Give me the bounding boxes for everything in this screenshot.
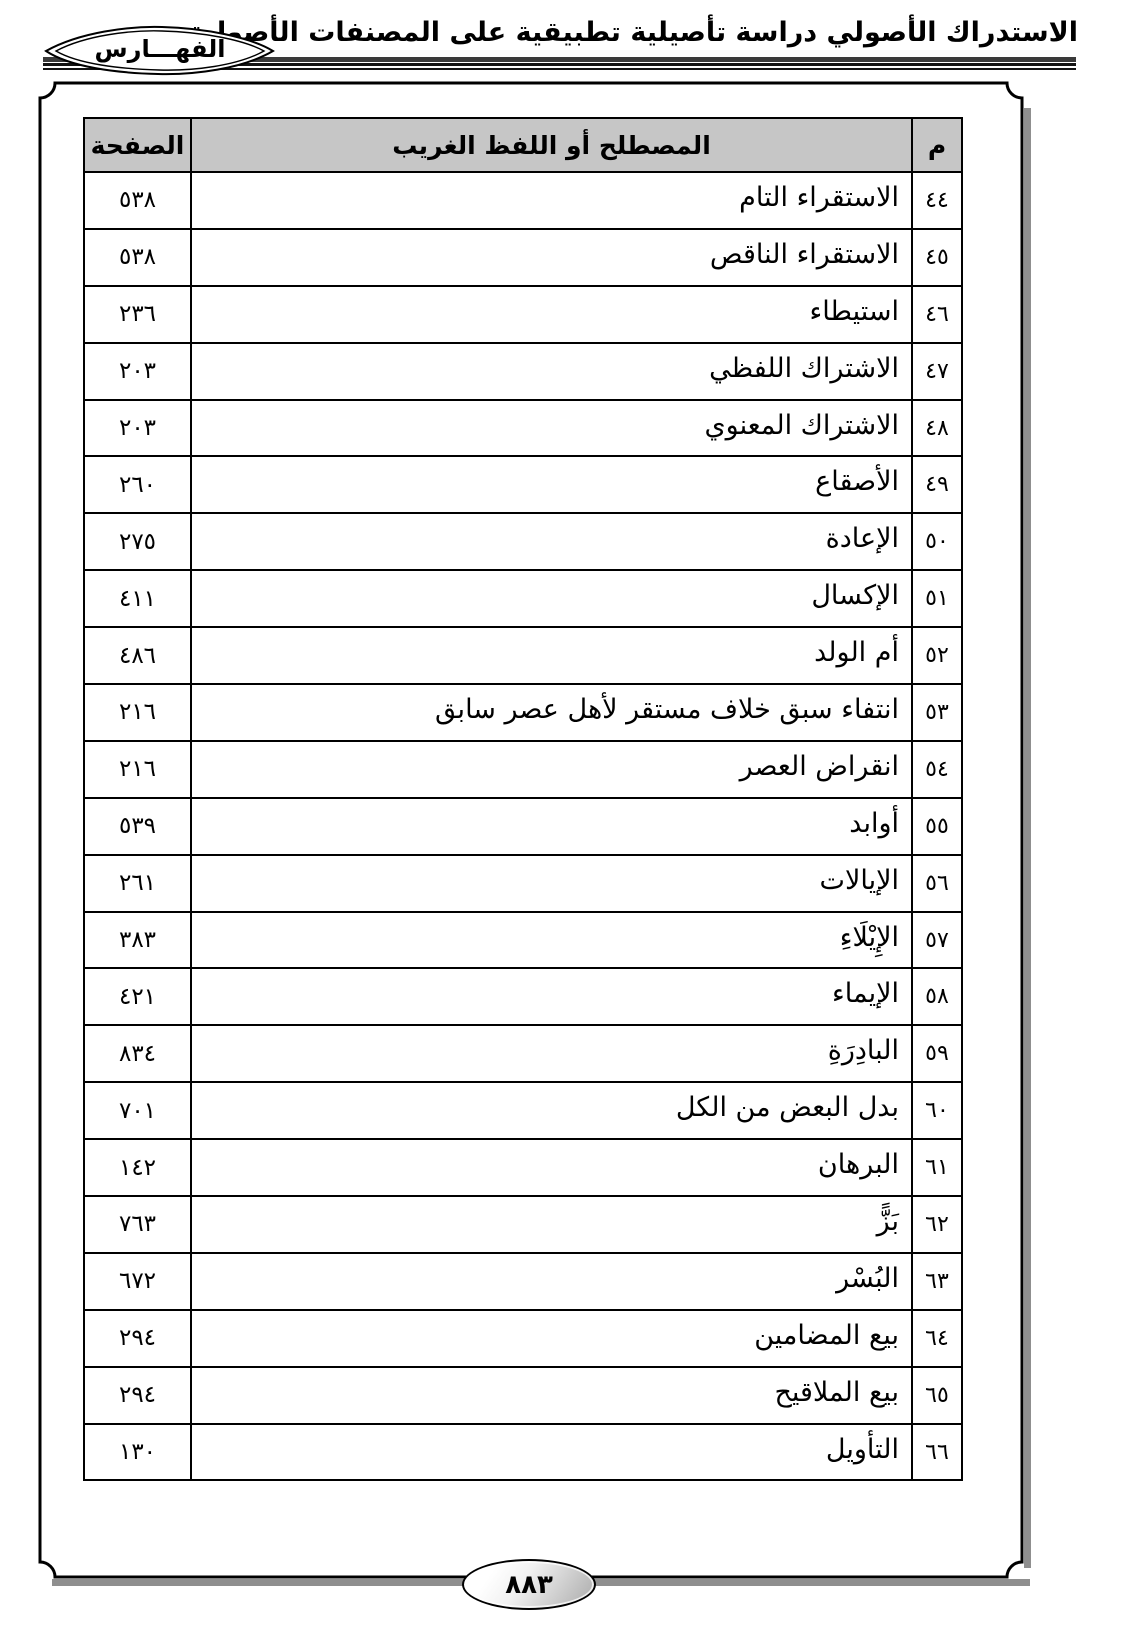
- col-header-page: الصفحة: [84, 118, 191, 172]
- table-row: ٦٢بَزًّ٧٦٣: [84, 1196, 962, 1253]
- page-number-cell: ١٤٢: [84, 1139, 191, 1196]
- row-index-cell: ٥٨: [912, 968, 962, 1025]
- term-cell: انقراض العصر: [191, 741, 912, 798]
- row-index-cell: ٥٦: [912, 855, 962, 912]
- term-cell: التأويل: [191, 1424, 912, 1481]
- row-index-cell: ٥٩: [912, 1025, 962, 1082]
- term-cell: الإكسال: [191, 570, 912, 627]
- col-header-term: المصطلح أو اللفظ الغريب: [191, 118, 912, 172]
- term-cell: الاشتراك اللفظي: [191, 343, 912, 400]
- page-number-cell: ٥٣٨: [84, 229, 191, 286]
- term-cell: الأصقاع: [191, 456, 912, 513]
- page-number-cell: ٦٧٢: [84, 1253, 191, 1310]
- page-number-cell: ٥٣٩: [84, 798, 191, 855]
- page-number-cell: ٢٩٤: [84, 1310, 191, 1367]
- book-page: الاستدراك الأصولي دراسة تأصيلية تطبيقية …: [0, 0, 1121, 1636]
- table-row: ٦٣البُسْر٦٧٢: [84, 1253, 962, 1310]
- table-row: ٦٦التأويل١٣٠: [84, 1424, 962, 1481]
- term-cell: البُسْر: [191, 1253, 912, 1310]
- page-number-cell: ٧٦٣: [84, 1196, 191, 1253]
- table-row: ٥٤انقراض العصر٢١٦: [84, 741, 962, 798]
- table-row: ٥٨الإيماء٤٢١: [84, 968, 962, 1025]
- row-index-cell: ٤٥: [912, 229, 962, 286]
- page-number-cell: ٤٨٦: [84, 627, 191, 684]
- table-row: ٦٥بيع الملاقيح٢٩٤: [84, 1367, 962, 1424]
- table-row: ٤٨الاشتراك المعنوي٢٠٣: [84, 400, 962, 457]
- row-index-cell: ٦٠: [912, 1082, 962, 1139]
- page-number: ٨٨٣: [505, 1570, 553, 1600]
- term-cell: انتفاء سبق خلاف مستقر لأهل عصر سابق: [191, 684, 912, 741]
- table-row: ٤٥الاستقراء الناقص٥٣٨: [84, 229, 962, 286]
- table-row: ٥٩البادِرَةِ٨٣٤: [84, 1025, 962, 1082]
- term-cell: الإعادة: [191, 513, 912, 570]
- glossary-table: م المصطلح أو اللفظ الغريب الصفحة ٤٤الاست…: [83, 117, 963, 1481]
- row-index-cell: ٦٢: [912, 1196, 962, 1253]
- term-cell: أم الولد: [191, 627, 912, 684]
- col-header-index: م: [912, 118, 962, 172]
- frame-shadow-right: [1024, 108, 1031, 1568]
- page-number-cell: ٢١٦: [84, 684, 191, 741]
- table-row: ٥٢أم الولد٤٨٦: [84, 627, 962, 684]
- row-index-cell: ٥٣: [912, 684, 962, 741]
- page-number-cell: ٣٨٣: [84, 912, 191, 969]
- row-index-cell: ٦٤: [912, 1310, 962, 1367]
- table-row: ٥٥أوابد٥٣٩: [84, 798, 962, 855]
- page-number-cell: ٧٠١: [84, 1082, 191, 1139]
- row-index-cell: ٥٧: [912, 912, 962, 969]
- row-index-cell: ٤٧: [912, 343, 962, 400]
- term-cell: بدل البعض من الكل: [191, 1082, 912, 1139]
- page-number-cell: ٢٦٠: [84, 456, 191, 513]
- term-cell: أوابد: [191, 798, 912, 855]
- table-row: ٥٣انتفاء سبق خلاف مستقر لأهل عصر سابق٢١٦: [84, 684, 962, 741]
- table-row: ٥٧الإِيْلَاءِ٣٨٣: [84, 912, 962, 969]
- page-number-cell: ٢٠٣: [84, 400, 191, 457]
- term-cell: الإيالات: [191, 855, 912, 912]
- term-cell: الإيماء: [191, 968, 912, 1025]
- row-index-cell: ٤٤: [912, 172, 962, 229]
- page-number-cell: ١٣٠: [84, 1424, 191, 1481]
- page-number-cell: ٢١٦: [84, 741, 191, 798]
- section-badge: الفهـــارس: [42, 24, 278, 78]
- row-index-cell: ٦٣: [912, 1253, 962, 1310]
- row-index-cell: ٤٩: [912, 456, 962, 513]
- page-number-cell: ٤١١: [84, 570, 191, 627]
- header-row: م المصطلح أو اللفظ الغريب الصفحة: [84, 118, 962, 172]
- table-row: ٤٩الأصقاع٢٦٠: [84, 456, 962, 513]
- running-head-title: الاستدراك الأصولي دراسة تأصيلية تطبيقية …: [158, 17, 1078, 48]
- table-row: ٥٠الإعادة٢٧٥: [84, 513, 962, 570]
- page-number-cell: ٨٣٤: [84, 1025, 191, 1082]
- table-row: ٤٤الاستقراء التام٥٣٨: [84, 172, 962, 229]
- term-cell: استيطاء: [191, 286, 912, 343]
- term-cell: الاشتراك المعنوي: [191, 400, 912, 457]
- page-number-cell: ٢٠٣: [84, 343, 191, 400]
- glossary-table-header: م المصطلح أو اللفظ الغريب الصفحة: [84, 118, 962, 172]
- term-cell: بيع الملاقيح: [191, 1367, 912, 1424]
- page-number-badge: ٨٨٣: [462, 1559, 596, 1610]
- table-row: ٥٦الإيالات٢٦١: [84, 855, 962, 912]
- page-number-cell: ٥٣٨: [84, 172, 191, 229]
- term-cell: الاستقراء الناقص: [191, 229, 912, 286]
- section-badge-label: الفهـــارس: [42, 24, 278, 78]
- page-number-cell: ٢٩٤: [84, 1367, 191, 1424]
- row-index-cell: ٥١: [912, 570, 962, 627]
- row-index-cell: ٦٥: [912, 1367, 962, 1424]
- row-index-cell: ٥٥: [912, 798, 962, 855]
- page-number-cell: ٤٢١: [84, 968, 191, 1025]
- term-cell: بيع المضامين: [191, 1310, 912, 1367]
- row-index-cell: ٦١: [912, 1139, 962, 1196]
- row-index-cell: ٥٠: [912, 513, 962, 570]
- table-row: ٦٠بدل البعض من الكل٧٠١: [84, 1082, 962, 1139]
- page-number-cell: ٢٦١: [84, 855, 191, 912]
- table-row: ٤٦استيطاء٢٣٦: [84, 286, 962, 343]
- page-number-cell: ٢٣٦: [84, 286, 191, 343]
- term-cell: البرهان: [191, 1139, 912, 1196]
- table-row: ٥١الإكسال٤١١: [84, 570, 962, 627]
- row-index-cell: ٥٢: [912, 627, 962, 684]
- row-index-cell: ٦٦: [912, 1424, 962, 1481]
- row-index-cell: ٤٨: [912, 400, 962, 457]
- row-index-cell: ٥٤: [912, 741, 962, 798]
- term-cell: الإِيْلَاءِ: [191, 912, 912, 969]
- table-row: ٦١البرهان١٤٢: [84, 1139, 962, 1196]
- page-number-cell: ٢٧٥: [84, 513, 191, 570]
- table-row: ٦٤بيع المضامين٢٩٤: [84, 1310, 962, 1367]
- term-cell: الاستقراء التام: [191, 172, 912, 229]
- row-index-cell: ٤٦: [912, 286, 962, 343]
- glossary-rows: ٤٤الاستقراء التام٥٣٨٤٥الاستقراء الناقص٥٣…: [84, 172, 962, 1480]
- table-row: ٤٧الاشتراك اللفظي٢٠٣: [84, 343, 962, 400]
- term-cell: بَزًّ: [191, 1196, 912, 1253]
- term-cell: البادِرَةِ: [191, 1025, 912, 1082]
